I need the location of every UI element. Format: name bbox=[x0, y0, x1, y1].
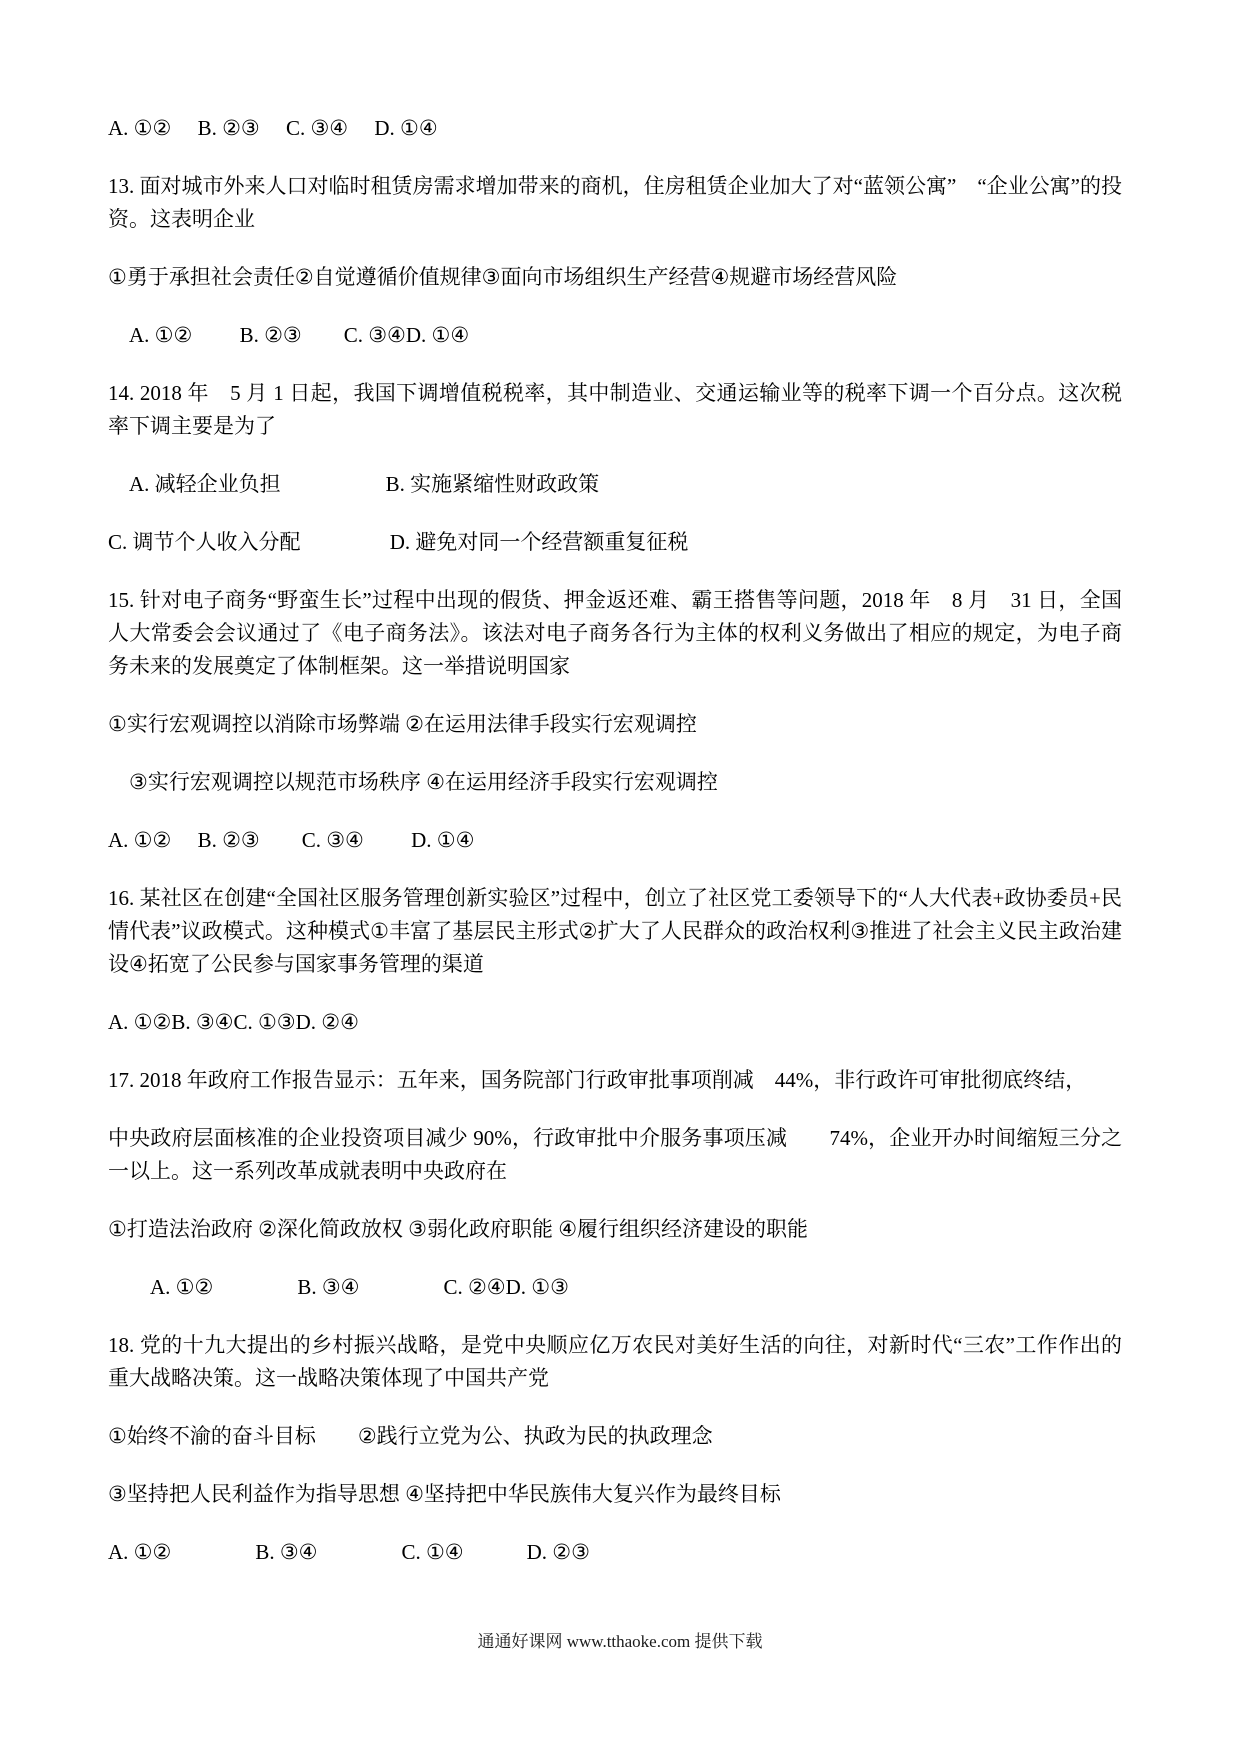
q18-stem: 18. 党的十九大提出的乡村振兴战略，是党中央顺应亿万农民对美好生活的向往，对新… bbox=[108, 1329, 1122, 1395]
q13-stem: 13. 面对城市外来人口对临时租赁房需求增加带来的商机，住房租赁企业加大了对“蓝… bbox=[108, 170, 1122, 236]
q18-choices-1-2: ①始终不渝的奋斗目标 ②践行立党为公、执政为民的执政理念 bbox=[108, 1420, 1122, 1453]
q17-stem-line-2: 中央政府层面核准的企业投资项目减少 90%，行政审批中介服务事项压减 74%，企… bbox=[108, 1122, 1122, 1188]
q14-stem: 14. 2018 年 5 月 1 日起，我国下调增值税税率，其中制造业、交通运输… bbox=[108, 377, 1122, 443]
q17-stem-line-1: 17. 2018 年政府工作报告显示：五年来，国务院部门行政审批事项削减 44%… bbox=[108, 1064, 1122, 1097]
document-page: A. ①② B. ②③ C. ③④ D. ①④ 13. 面对城市外来人口对临时租… bbox=[0, 0, 1240, 1754]
q15-choices-3-4: ③实行宏观调控以规范市场秩序 ④在运用经济手段实行宏观调控 bbox=[108, 766, 1122, 799]
q14-options-row-ab: A. 减轻企业负担 B. 实施紧缩性财政政策 bbox=[108, 468, 1122, 501]
q13-options-row: A. ①② B. ②③ C. ③④D. ①④ bbox=[108, 319, 1122, 352]
q14-options-row-cd: C. 调节个人收入分配 D. 避免对同一个经营额重复征税 bbox=[108, 526, 1122, 559]
q18-options-row: A. ①② B. ③④ C. ①④ D. ②③ bbox=[108, 1536, 1122, 1569]
q18-choices-3-4: ③坚持把人民利益作为指导思想 ④坚持把中华民族伟大复兴作为最终目标 bbox=[108, 1478, 1122, 1511]
q12-options-row: A. ①② B. ②③ C. ③④ D. ①④ bbox=[108, 112, 1122, 145]
page-footer: 通通好课网 www.tthaoke.com 提供下载 bbox=[0, 1630, 1240, 1654]
q15-options-row: A. ①② B. ②③ C. ③④ D. ①④ bbox=[108, 824, 1122, 857]
exam-body: A. ①② B. ②③ C. ③④ D. ①④ 13. 面对城市外来人口对临时租… bbox=[108, 112, 1122, 1594]
q13-choices: ①勇于承担社会责任②自觉遵循价值规律③面向市场组织生产经营④规避市场经营风险 bbox=[108, 261, 1122, 294]
q17-choices: ①打造法治政府 ②深化简政放权 ③弱化政府职能 ④履行组织经济建设的职能 bbox=[108, 1213, 1122, 1246]
q16-stem: 16. 某社区在创建“全国社区服务管理创新实验区”过程中，创立了社区党工委领导下… bbox=[108, 882, 1122, 981]
q15-stem: 15. 针对电子商务“野蛮生长”过程中出现的假货、押金返还难、霸王搭售等问题，2… bbox=[108, 584, 1122, 683]
q16-options-row: A. ①②B. ③④C. ①③D. ②④ bbox=[108, 1006, 1122, 1039]
q15-choices-1-2: ①实行宏观调控以消除市场弊端 ②在运用法律手段实行宏观调控 bbox=[108, 708, 1122, 741]
q17-options-row: A. ①② B. ③④ C. ②④D. ①③ bbox=[108, 1271, 1122, 1304]
